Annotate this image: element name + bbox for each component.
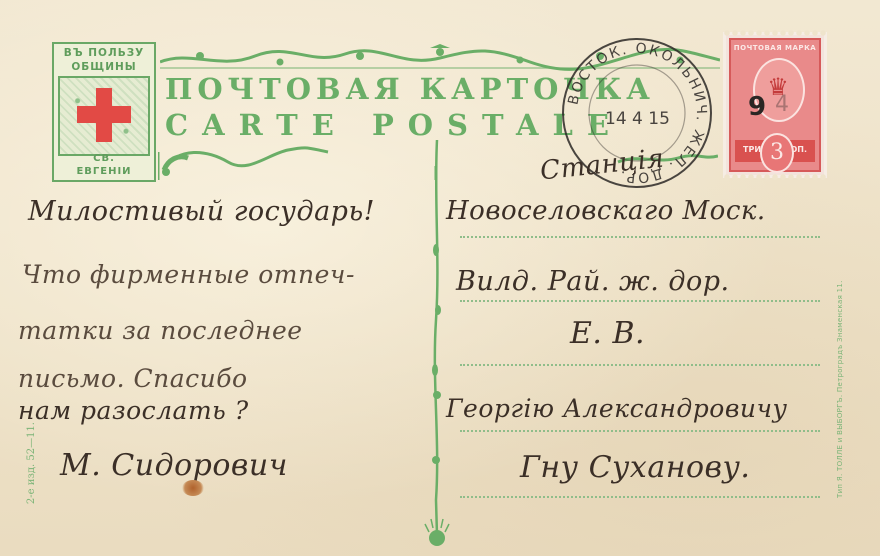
stamp-top-label: ПОЧТОВАЯ МАРКА — [731, 44, 819, 52]
address-line-text-4: Георгію Александровичу — [446, 394, 788, 423]
message-line-1: Милостивый государь! — [28, 196, 375, 227]
edition-imprint: 2-е изд. 52—11. — [26, 422, 37, 504]
stamp-perforation-top — [723, 30, 827, 36]
message-line-5: нам разослать ? — [18, 396, 249, 425]
message-line-3: татки за последнее — [18, 316, 303, 345]
cancellation-number: 9 — [748, 92, 766, 122]
address-line-2 — [460, 300, 820, 302]
title-french: CARTE POSTALE — [165, 108, 623, 142]
charity-stamp: ВЪ ПОЛЬЗУ ОБЩИНЫ СВ. ЕВГЕНІИ — [52, 42, 156, 182]
stamp-value: 3 — [760, 133, 794, 173]
charity-top-line1: ВЪ ПОЛЬЗУ — [54, 46, 154, 60]
charity-top-line2: ОБЩИНЫ — [54, 60, 154, 74]
charity-top-text: ВЪ ПОЛЬЗУ ОБЩИНЫ — [54, 46, 154, 74]
message-line-4: письмо. Спасибо — [18, 364, 248, 393]
printer-imprint: Тип Я. ТОЛЛЕ и ВЫБОРГЪ. Петроградъ Знаме… — [836, 258, 844, 498]
charity-cross-panel — [58, 76, 150, 156]
address-line-5 — [460, 496, 820, 498]
postmark-date: 14 4 15 — [605, 109, 670, 129]
address-line-text-5: Гну Суханову. — [520, 450, 750, 485]
signature: М. Сидорович — [60, 448, 288, 483]
charity-bottom-line1: СВ. — [54, 152, 154, 165]
address-line-3 — [460, 364, 820, 366]
address-line-text-3: Е. В. — [570, 316, 645, 351]
postcard: ВЪ ПОЛЬЗУ ОБЩИНЫ СВ. ЕВГЕНІИ ПОЧТОВАЯ КА… — [0, 0, 880, 556]
address-line-4 — [460, 430, 820, 432]
address-line-text-2: Вилд. Рай. ж. дор. — [456, 266, 730, 297]
ink-stain — [182, 480, 204, 496]
stamp-perforation-bottom — [723, 174, 827, 180]
charity-bottom-line2: ЕВГЕНІИ — [54, 165, 154, 178]
address-line-text-1: Новоселовскаго Моск. — [446, 196, 766, 226]
message-line-2: Что фирменные отпеч- — [22, 260, 355, 289]
red-cross-icon-bar — [77, 106, 131, 123]
address-line-1 — [460, 236, 820, 238]
charity-bottom-text: СВ. ЕВГЕНІИ — [54, 152, 154, 178]
cancellation-fragment: 4 — [775, 92, 789, 117]
stamp-left-label: ТРИ — [743, 145, 761, 154]
